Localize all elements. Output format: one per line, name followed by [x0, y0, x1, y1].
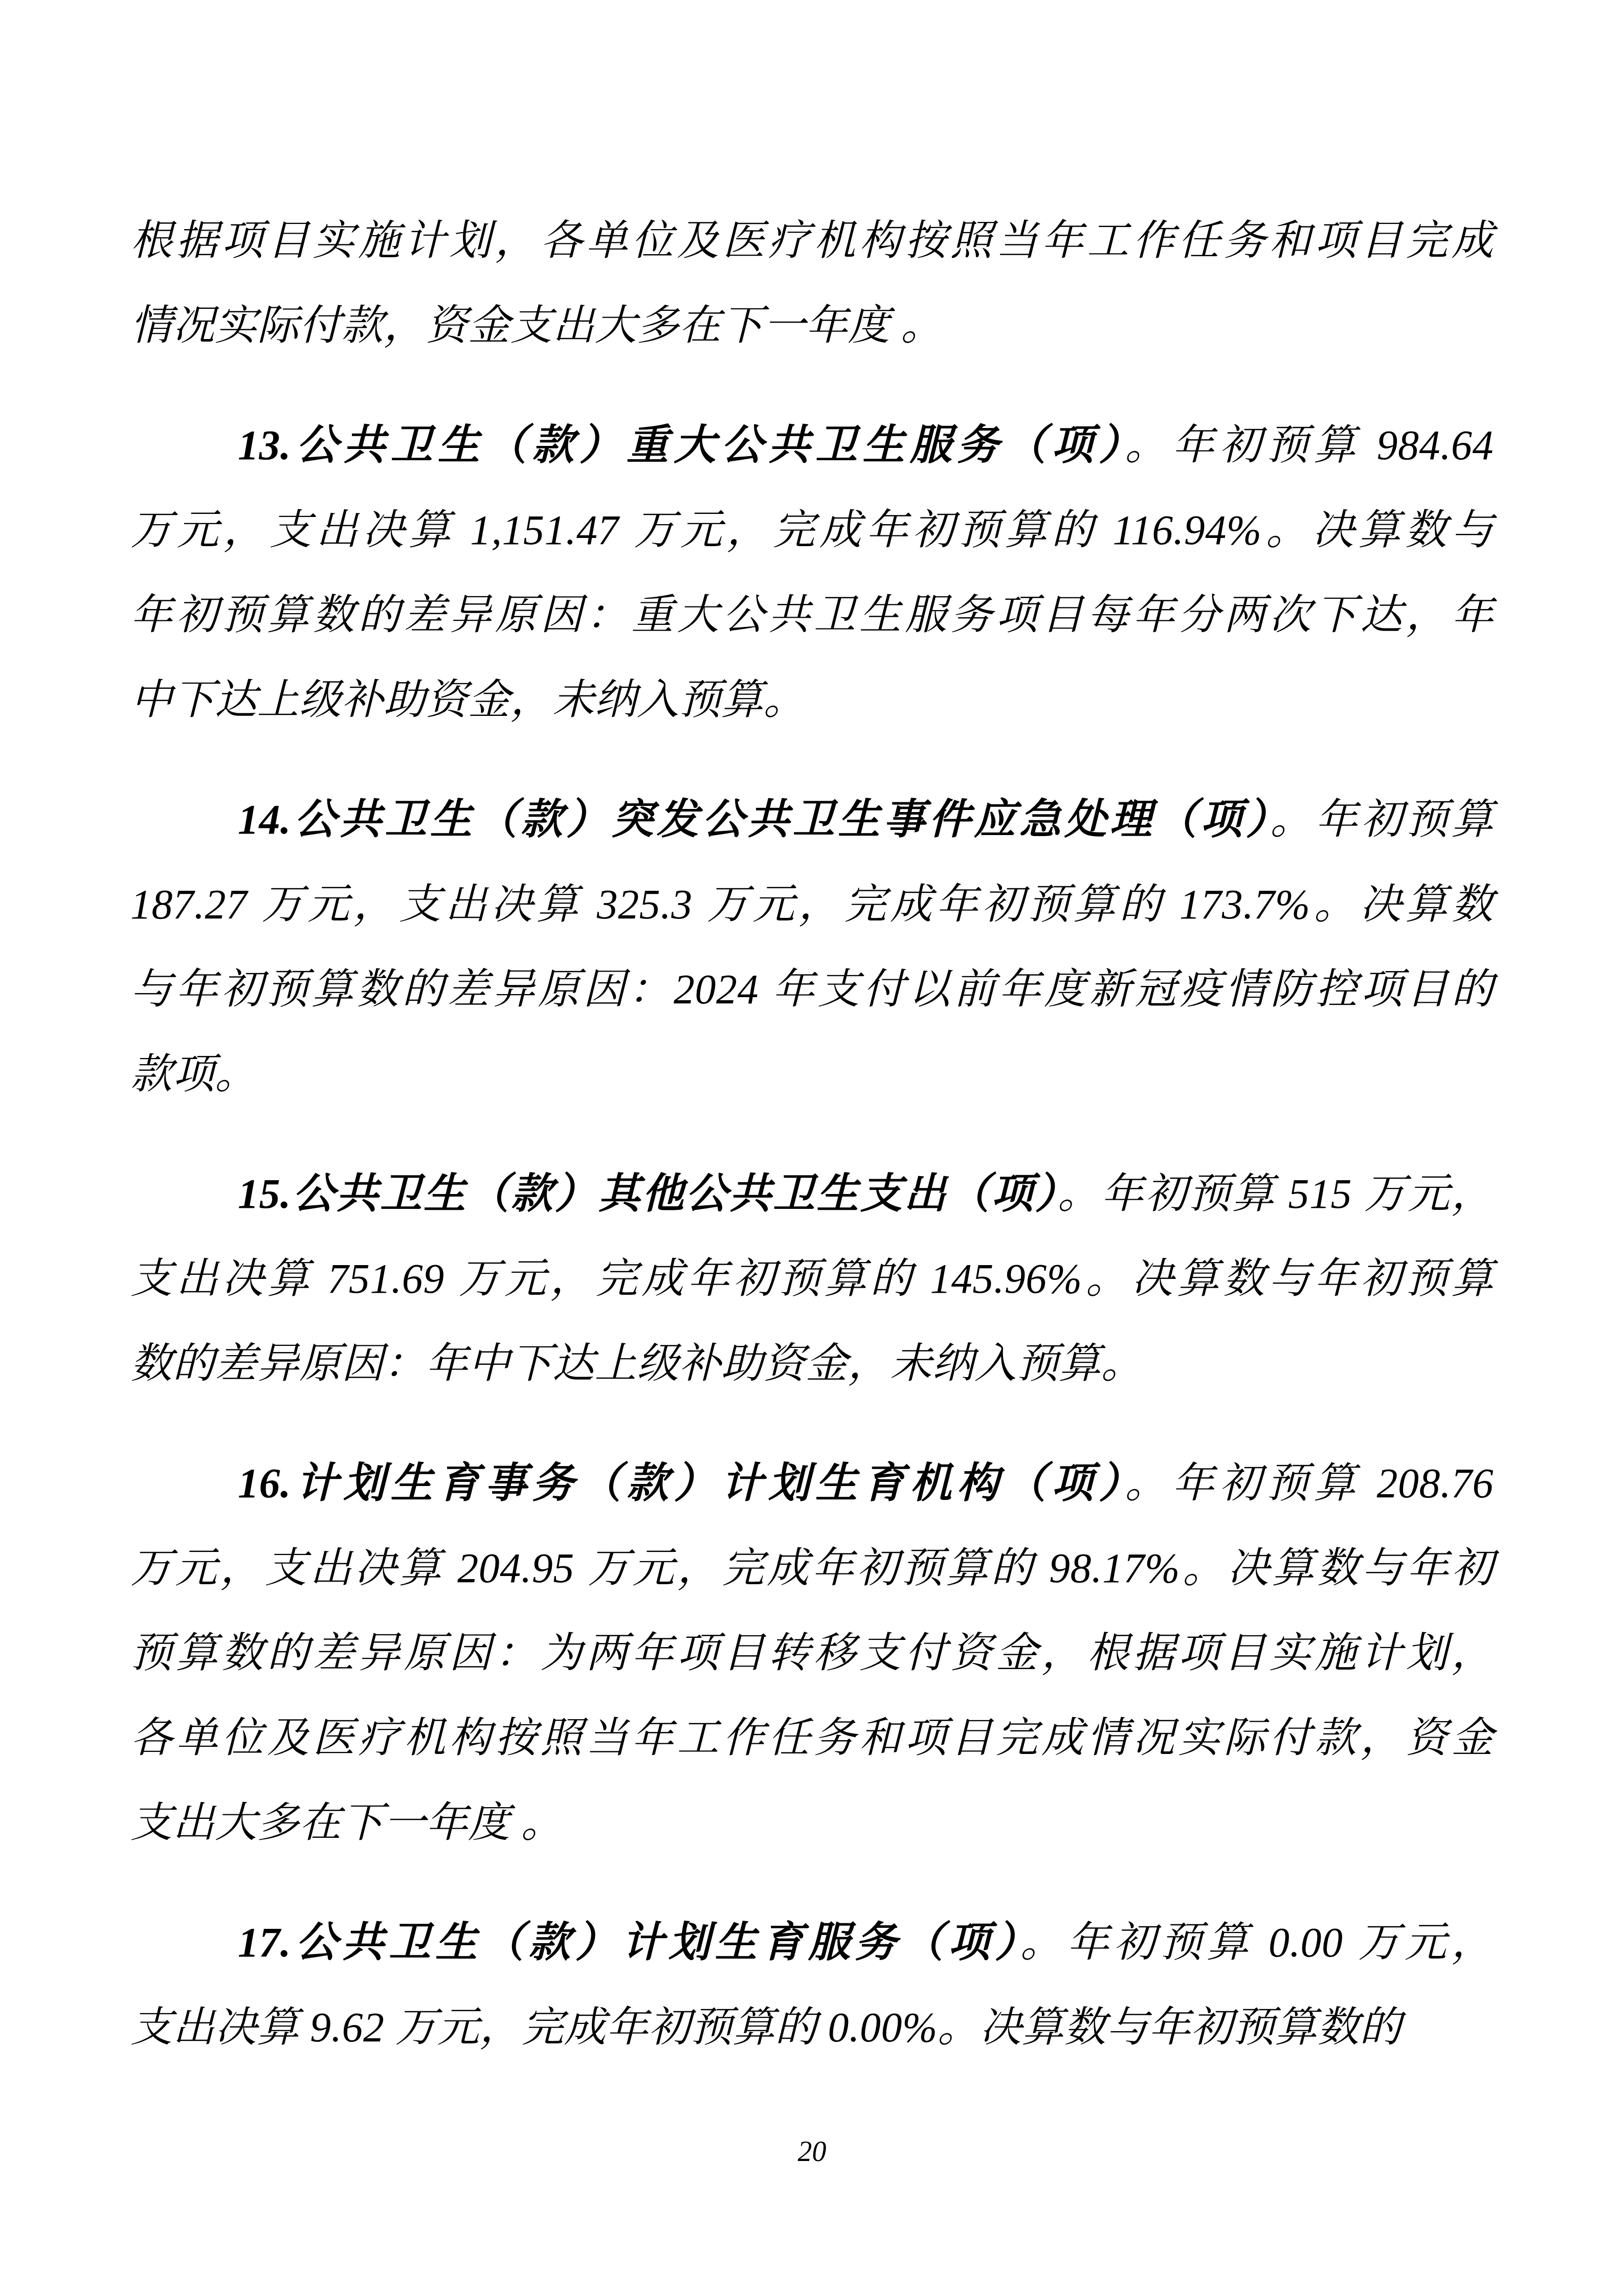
- document-body: 根据项目实施计划，各单位及医疗机构按照当年工作任务和项目完成情况实际付款，资金支…: [130, 198, 1494, 2070]
- text-line: 各单位及医疗机构按照当年工作任务和项目完成情况实际付款，资金: [130, 1696, 1494, 1781]
- text-line: 万元，支出决算 204.95 万元，完成年初预算的 98.17%。决算数与年初: [130, 1526, 1494, 1611]
- paragraph: 13.公共卫生（款）重大公共卫生服务（项）。年初预算 984.64万元，支出决算…: [130, 403, 1494, 742]
- text-run: 支出大多在下一年度 。: [130, 1799, 563, 1846]
- heading-run: 13.公共卫生（款）重大公共卫生服务（项）: [238, 422, 1125, 468]
- paragraph: 16.计划生育事务（款）计划生育机构（项）。年初预算 208.76万元，支出决算…: [130, 1441, 1494, 1865]
- text-run: 。年初预算 208.76: [1125, 1460, 1494, 1506]
- text-line: 187.27 万元，支出决算 325.3 万元，完成年初预算的 173.7%。决…: [130, 862, 1494, 947]
- text-run: 万元，支出决算 204.95 万元，完成年初预算的 98.17%。决算数与年初: [130, 1545, 1494, 1591]
- text-line: 年初预算数的差异原因：重大公共卫生服务项目每年分两次下达，年: [130, 573, 1494, 658]
- text-line: 万元，支出决算 1,151.47 万元，完成年初预算的 116.94%。决算数与: [130, 488, 1494, 573]
- text-line: 款项。: [130, 1032, 1494, 1117]
- text-line: 中下达上级补助资金，未纳入预算。: [130, 658, 1494, 742]
- text-run: 。年初预算 0.00 万元，: [1020, 1919, 1494, 1966]
- text-run: 各单位及医疗机构按照当年工作任务和项目完成情况实际付款，资金: [130, 1715, 1494, 1761]
- text-run: 情况实际付款，资金支出大多在下一年度 。: [130, 302, 943, 349]
- heading-run: 16.计划生育事务（款）计划生育机构（项）: [238, 1460, 1125, 1506]
- text-line: 与年初预算数的差异原因：2024 年支付以前年度新冠疫情防控项目的: [130, 947, 1494, 1032]
- paragraph: 15.公共卫生（款）其他公共卫生支出（项）。年初预算 515 万元，支出决算 7…: [130, 1152, 1494, 1406]
- text-run: 万元，支出决算 1,151.47 万元，完成年初预算的 116.94%。决算数与: [130, 507, 1494, 553]
- heading-run: 15.公共卫生（款）其他公共卫生支出（项）: [238, 1170, 1058, 1217]
- text-run: 支出决算 751.69 万元，完成年初预算的 145.96%。决算数与年初预算: [130, 1255, 1494, 1302]
- text-run: 。年初预算: [1270, 796, 1494, 843]
- text-line: 预算数的差异原因：为两年项目转移支付资金，根据项目实施计划，: [130, 1611, 1494, 1696]
- text-run: 。年初预算 984.64: [1125, 422, 1494, 468]
- text-line: 支出大多在下一年度 。: [130, 1781, 1494, 1865]
- text-line: 15.公共卫生（款）其他公共卫生支出（项）。年初预算 515 万元，: [130, 1152, 1494, 1236]
- text-line: 支出决算 751.69 万元，完成年初预算的 145.96%。决算数与年初预算: [130, 1236, 1494, 1321]
- text-line: 根据项目实施计划，各单位及医疗机构按照当年工作任务和项目完成: [130, 198, 1494, 283]
- paragraph: 17.公共卫生（款）计划生育服务（项）。年初预算 0.00 万元，支出决算 9.…: [130, 1900, 1494, 2070]
- text-line: 14.公共卫生（款）突发公共卫生事件应急处理（项）。年初预算: [130, 777, 1494, 862]
- page-number: 20: [0, 2136, 1624, 2167]
- document-page: 根据项目实施计划，各单位及医疗机构按照当年工作任务和项目完成情况实际付款，资金支…: [0, 0, 1624, 2296]
- text-run: 支出决算 9.62 万元，完成年初预算的 0.00%。决算数与年初预算数的: [130, 2004, 1401, 2051]
- text-line: 数的差异原因：年中下达上级补助资金，未纳入预算。: [130, 1321, 1494, 1406]
- text-run: 根据项目实施计划，各单位及医疗机构按照当年工作任务和项目完成: [130, 217, 1494, 264]
- text-run: 187.27 万元，支出决算 325.3 万元，完成年初预算的 173.7%。决…: [130, 881, 1494, 928]
- text-run: 款项。: [130, 1051, 257, 1097]
- text-line: 13.公共卫生（款）重大公共卫生服务（项）。年初预算 984.64: [130, 403, 1494, 488]
- text-run: 年初预算数的差异原因：重大公共卫生服务项目每年分两次下达，年: [130, 592, 1494, 638]
- text-line: 17.公共卫生（款）计划生育服务（项）。年初预算 0.00 万元，: [130, 1900, 1494, 1985]
- text-line: 16.计划生育事务（款）计划生育机构（项）。年初预算 208.76: [130, 1441, 1494, 1526]
- text-run: 中下达上级补助资金，未纳入预算。: [130, 677, 806, 723]
- heading-run: 17.公共卫生（款）计划生育服务（项）: [238, 1919, 1020, 1966]
- heading-run: 14.公共卫生（款）突发公共卫生事件应急处理（项）: [238, 796, 1270, 843]
- text-run: 预算数的差异原因：为两年项目转移支付资金，根据项目实施计划，: [130, 1630, 1494, 1676]
- text-line: 情况实际付款，资金支出大多在下一年度 。: [130, 283, 1494, 368]
- paragraph: 14.公共卫生（款）突发公共卫生事件应急处理（项）。年初预算187.27 万元，…: [130, 777, 1494, 1117]
- paragraph: 根据项目实施计划，各单位及医疗机构按照当年工作任务和项目完成情况实际付款，资金支…: [130, 198, 1494, 368]
- text-line: 支出决算 9.62 万元，完成年初预算的 0.00%。决算数与年初预算数的: [130, 1985, 1494, 2070]
- text-run: 。年初预算 515 万元，: [1058, 1170, 1494, 1217]
- text-run: 与年初预算数的差异原因：2024 年支付以前年度新冠疫情防控项目的: [130, 966, 1494, 1012]
- text-run: 数的差异原因：年中下达上级补助资金，未纳入预算。: [130, 1340, 1143, 1387]
